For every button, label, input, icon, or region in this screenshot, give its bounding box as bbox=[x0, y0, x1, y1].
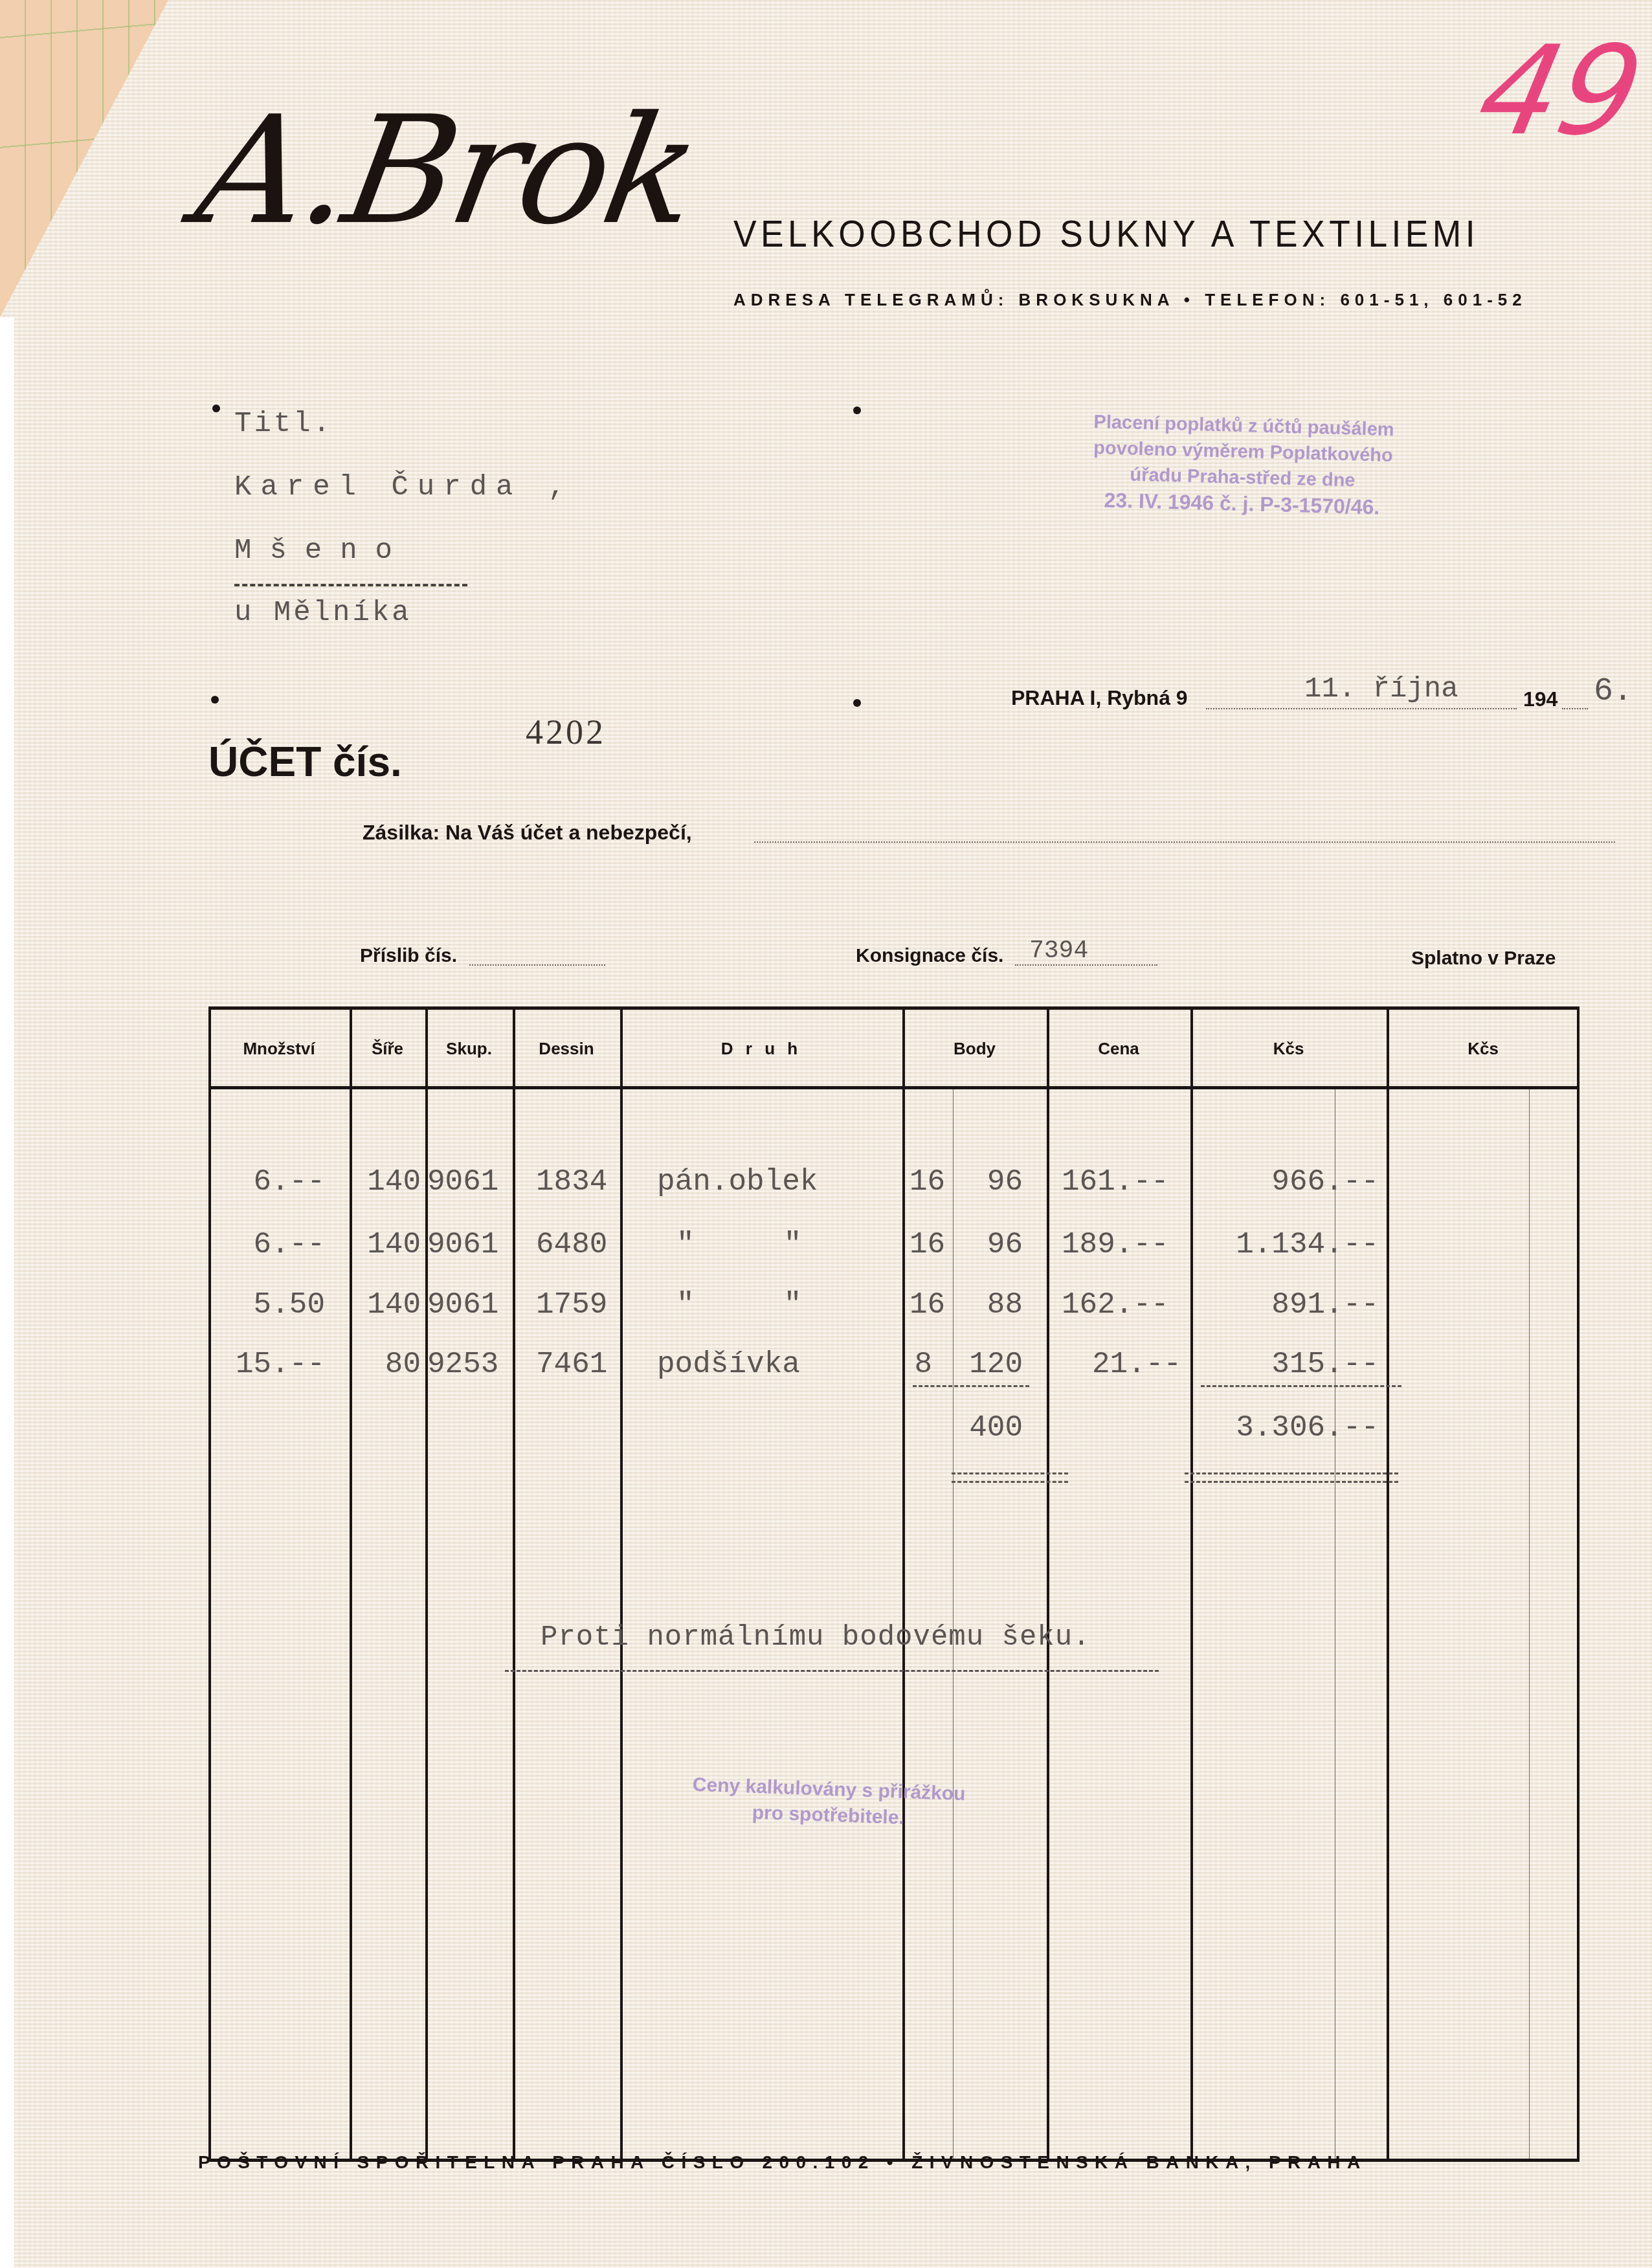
cell-amount: 966.-- bbox=[1191, 1165, 1379, 1199]
cell-quantity: 15.-- bbox=[208, 1348, 325, 1381]
year-prefix: 194 bbox=[1523, 687, 1557, 711]
cell-quantity: 6.-- bbox=[208, 1165, 325, 1199]
place-address: PRAHA I, Rybná 9 bbox=[1011, 686, 1188, 710]
cell-width: 80 bbox=[350, 1348, 421, 1381]
cell-design: 6480 bbox=[536, 1228, 607, 1262]
cell-width: 140 bbox=[350, 1165, 421, 1199]
cell-width: 140 bbox=[350, 1228, 421, 1262]
cell-points-a: 16 bbox=[910, 1228, 945, 1262]
cell-points-b: 96 bbox=[958, 1228, 1023, 1262]
archive-number: 49 bbox=[1468, 19, 1652, 162]
cell-amount: 891.-- bbox=[1191, 1288, 1379, 1322]
recipient-region: u Mělníka bbox=[234, 597, 412, 629]
cell-points-b: 88 bbox=[958, 1288, 1023, 1322]
points-check-note: Proti normálnímu bodovému šeku. bbox=[541, 1621, 1091, 1654]
fee-stamp: Placení poplatků z účtů paušálem povolen… bbox=[1034, 408, 1451, 522]
points-double-underline bbox=[952, 1473, 1068, 1474]
header-points: Body bbox=[902, 1039, 1047, 1059]
year-suffix: 6. bbox=[1594, 673, 1633, 710]
cell-width: 140 bbox=[350, 1288, 421, 1322]
shipment-dotline bbox=[754, 840, 1615, 843]
table-top-border bbox=[208, 1006, 1579, 1010]
cell-amount: 315.-- bbox=[1191, 1348, 1379, 1381]
company-title: VELKOOBCHOD SUKNY A TEXTILIEMI bbox=[733, 212, 1479, 256]
header-width: Šíře bbox=[350, 1039, 425, 1059]
header-price: Cena bbox=[1047, 1039, 1190, 1059]
consignment-number: 7394 bbox=[1029, 937, 1088, 965]
header-group: Skup. bbox=[425, 1039, 513, 1059]
consignment-label: Konsignace čís. bbox=[856, 945, 1003, 967]
company-logo: A.Brok bbox=[188, 97, 706, 246]
header-amount: Kčs bbox=[1190, 1039, 1387, 1059]
cell-quantity: 5.50 bbox=[208, 1288, 325, 1322]
header-kind: D r u h bbox=[620, 1039, 902, 1059]
town-underline bbox=[234, 584, 467, 586]
attached-ledger-corner bbox=[0, 0, 168, 317]
header-amount-2: Kčs bbox=[1387, 1039, 1579, 1059]
company-contact: ADRESA TELEGRAMŮ: BROKSUKNA • TELEFON: 6… bbox=[733, 290, 1527, 310]
cell-price: 189.-- bbox=[1062, 1228, 1169, 1262]
promise-dotline bbox=[469, 963, 605, 966]
cell-group: 9253 bbox=[427, 1348, 498, 1381]
fold-mark-icon bbox=[212, 405, 220, 412]
cell-points-b: 96 bbox=[958, 1165, 1023, 1199]
year-dotline bbox=[1562, 707, 1588, 709]
fold-mark-icon bbox=[211, 696, 219, 704]
header-design: Dessin bbox=[513, 1039, 620, 1059]
cell-group: 9061 bbox=[427, 1288, 498, 1322]
cell-amount: 1.134.-- bbox=[1191, 1228, 1379, 1262]
date-dotline bbox=[1206, 707, 1517, 709]
cell-points-a: 8 bbox=[893, 1348, 932, 1381]
payable-place: Splatno v Praze bbox=[1411, 948, 1556, 970]
amount-double-underline bbox=[1185, 1473, 1398, 1474]
cell-design: 1759 bbox=[536, 1288, 607, 1322]
cell-kind: " " bbox=[676, 1288, 801, 1322]
date-value: 11. října bbox=[1304, 673, 1458, 706]
cell-price: 161.-- bbox=[1062, 1165, 1169, 1199]
recipient-town: Mšeno bbox=[234, 535, 410, 567]
bank-footer: POŠTOVNÍ SPOŘITELNA PRAHA ČÍSLO 200.102 … bbox=[198, 2152, 1367, 2173]
fold-mark-icon bbox=[853, 406, 861, 414]
cell-kind: pán.oblek bbox=[657, 1165, 818, 1199]
cell-price: 21.-- bbox=[1062, 1348, 1181, 1381]
recipient-name: Karel Čurda , bbox=[234, 471, 574, 504]
recipient-salutation: Titl. bbox=[234, 408, 333, 440]
cell-kind: podšívka bbox=[657, 1348, 800, 1381]
promise-label: Příslib čís. bbox=[360, 945, 457, 967]
points-underline bbox=[913, 1385, 1029, 1387]
points-double-underline bbox=[952, 1481, 1068, 1483]
amount-underline bbox=[1201, 1385, 1401, 1387]
fold-mark-icon bbox=[853, 699, 861, 707]
cell-price: 162.-- bbox=[1062, 1288, 1169, 1322]
total-points: 400 bbox=[958, 1411, 1023, 1445]
cell-design: 1834 bbox=[536, 1165, 607, 1199]
amount-double-underline bbox=[1185, 1481, 1398, 1483]
shipment-terms: Zásilka: Na Váš účet a nebezpečí, bbox=[363, 821, 692, 845]
cell-group: 9061 bbox=[427, 1165, 498, 1199]
table-header-border bbox=[208, 1086, 1579, 1089]
total-amount: 3.306.-- bbox=[1191, 1411, 1379, 1445]
cell-kind: " " bbox=[676, 1228, 801, 1262]
cell-points-a: 16 bbox=[910, 1288, 945, 1322]
header-quantity: Množství bbox=[208, 1039, 350, 1059]
invoice-number: 4202 bbox=[526, 712, 606, 752]
cell-quantity: 6.-- bbox=[208, 1228, 325, 1262]
paper-edge bbox=[0, 317, 14, 2268]
cell-group: 9061 bbox=[427, 1228, 498, 1262]
cell-design: 7461 bbox=[536, 1348, 607, 1381]
cell-points-b: 120 bbox=[958, 1348, 1023, 1381]
invoice-label: ÚČET čís. bbox=[208, 738, 402, 786]
note-underline bbox=[505, 1670, 1159, 1672]
cell-points-a: 16 bbox=[910, 1165, 945, 1199]
